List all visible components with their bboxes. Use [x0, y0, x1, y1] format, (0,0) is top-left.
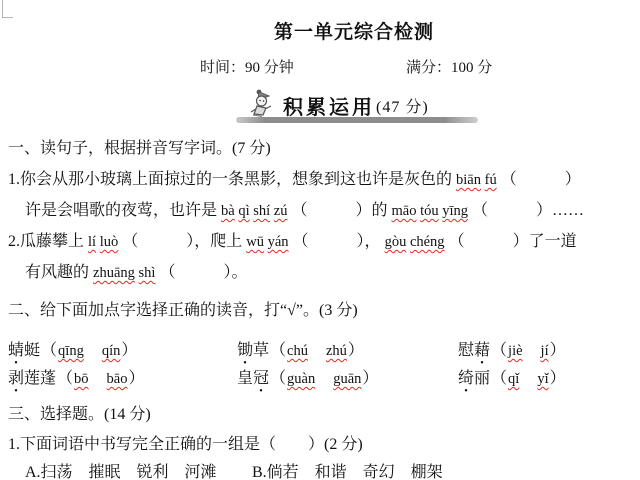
close-bracket: ） [348, 342, 364, 359]
question-1-line-2: 许是会唱歌的夜莺，也许是bà qì shí zú（ ）的māo tóu yīng… [25, 197, 584, 220]
word-text: 剥莲蓬 [8, 370, 56, 387]
pinyin-phrase: biān fú [456, 172, 497, 188]
pinyin-phrase: wū yán [246, 234, 288, 250]
dotted-char: 藉 [474, 337, 490, 360]
answer-blank: （ ）。 [159, 264, 247, 281]
pinyin-choice-item: 皇冠（guànguān） [237, 365, 379, 388]
open-bracket: （ [270, 342, 286, 359]
pinyin-option-2: bāo [107, 371, 128, 387]
close-bracket: ） [550, 370, 566, 387]
pinyin-option-2: yǐ [537, 371, 548, 387]
dotted-char: 绮 [458, 365, 474, 388]
pinyin-option-1: guàn [287, 371, 315, 387]
exam-full-score: 满分：100 分 [406, 56, 492, 77]
sentence-text: 有风趣的 [25, 264, 89, 281]
margin-corner-mark [2, 0, 3, 17]
choice-option-a: A.扫荡 摧眠 锐利 河滩 [25, 459, 217, 480]
open-bracket: （ [491, 370, 507, 387]
section3-question-1: 1.下面词语中书写完全正确的一组是（ ）(2 分) [8, 431, 363, 454]
dotted-char: 蜻 [8, 337, 24, 360]
question-1-line-1: 1.你会从那小玻璃上面掠过的一条黑影，想象到这也许是灰色的biān fú（ ） [8, 166, 581, 189]
pinyin-option-2: zhú [326, 343, 347, 359]
section2-heading: 二、给下面加点字选择正确的读音，打“√”。(3 分) [8, 297, 358, 320]
pinyin-phrase: lí luò [88, 234, 118, 250]
answer-blank: （ ）， [293, 233, 381, 250]
close-bracket: ） [362, 370, 378, 387]
open-bracket: （ [57, 370, 73, 387]
page-title: 第一单元综合检测 [274, 17, 434, 44]
pinyin-option-2: jí [541, 343, 549, 359]
pinyin-choice-item: 绮丽（qǐyǐ） [458, 365, 567, 388]
answer-blank: （ ）了一道 [449, 233, 577, 250]
word-text: 蜻蜓 [8, 342, 40, 359]
close-bracket: ） [128, 370, 144, 387]
answer-blank: （ ） [501, 171, 581, 188]
writing-kid-icon [250, 88, 277, 122]
pinyin-phrase: zhuāng shì [93, 265, 155, 281]
sentence-text: 2.瓜藤攀上 [8, 233, 84, 250]
pinyin-option-1: chú [287, 343, 308, 359]
answer-blank: （ ），爬上 [122, 233, 242, 250]
dotted-char: 冠 [253, 365, 269, 388]
section-banner-title: 积累运用 [283, 91, 375, 120]
pinyin-option-1: jiè [508, 343, 523, 359]
close-bracket: ） [121, 342, 137, 359]
exam-time: 时间：90 分钟 [200, 56, 294, 77]
margin-corner-mark [2, 17, 13, 18]
pinyin-choice-item: 剥莲蓬（bōbāo） [8, 365, 146, 388]
answer-blank: （ ）的 [291, 202, 387, 219]
pinyin-phrase: gòu chéng [385, 234, 445, 250]
pinyin-phrase: bà qì shí zú [221, 203, 287, 219]
word-text: 皇冠 [237, 370, 269, 387]
word-text: 锄草 [237, 342, 269, 359]
question-2-line-2: 有风趣的zhuāng shì（ ）。 [25, 259, 247, 282]
open-bracket: （ [41, 342, 57, 359]
sentence-text: 1.你会从那小玻璃上面掠过的一条黑影，想象到这也许是灰色的 [8, 171, 452, 188]
pinyin-choice-item: 慰藉（jièjí） [458, 337, 567, 360]
section-banner: 积累运用 (47 分) [250, 88, 429, 122]
pinyin-option-2: guān [333, 371, 361, 387]
exam-paper-page: 第一单元综合检测 时间：90 分钟 满分：100 分 积累运用 (47 分) 一… [0, 0, 640, 480]
pinyin-phrase: māo tóu yīng [391, 203, 468, 219]
open-bracket: （ [270, 370, 286, 387]
dotted-char: 锄 [237, 337, 253, 360]
choice-option-b: B.倘若 和谐 奇幻 棚架 [252, 459, 443, 480]
pinyin-option-2: qín [102, 343, 121, 359]
section3-heading: 三、选择题。(14 分) [8, 401, 151, 424]
answer-blank: （ ）…… [472, 202, 584, 219]
open-bracket: （ [491, 342, 507, 359]
word-text: 慰藉 [458, 342, 490, 359]
section-banner-score: (47 分) [376, 94, 429, 117]
dotted-char: 剥 [8, 365, 24, 388]
section1-heading: 一、读句子，根据拼音写字词。(7 分) [8, 135, 271, 158]
word-text: 绮丽 [458, 370, 490, 387]
pinyin-option-1: qǐ [508, 371, 519, 387]
pinyin-choice-item: 蜻蜓（qīngqín） [8, 337, 138, 360]
question-2-line-1: 2.瓜藤攀上lí luò（ ），爬上wū yán（ ），gòu chéng（ ）… [8, 228, 577, 251]
pinyin-choice-item: 锄草（chúzhú） [237, 337, 365, 360]
sentence-text: 许是会唱歌的夜莺，也许是 [25, 202, 217, 219]
pinyin-option-1: bō [74, 371, 89, 387]
close-bracket: ） [550, 342, 566, 359]
pinyin-option-1: qīng [58, 343, 84, 359]
